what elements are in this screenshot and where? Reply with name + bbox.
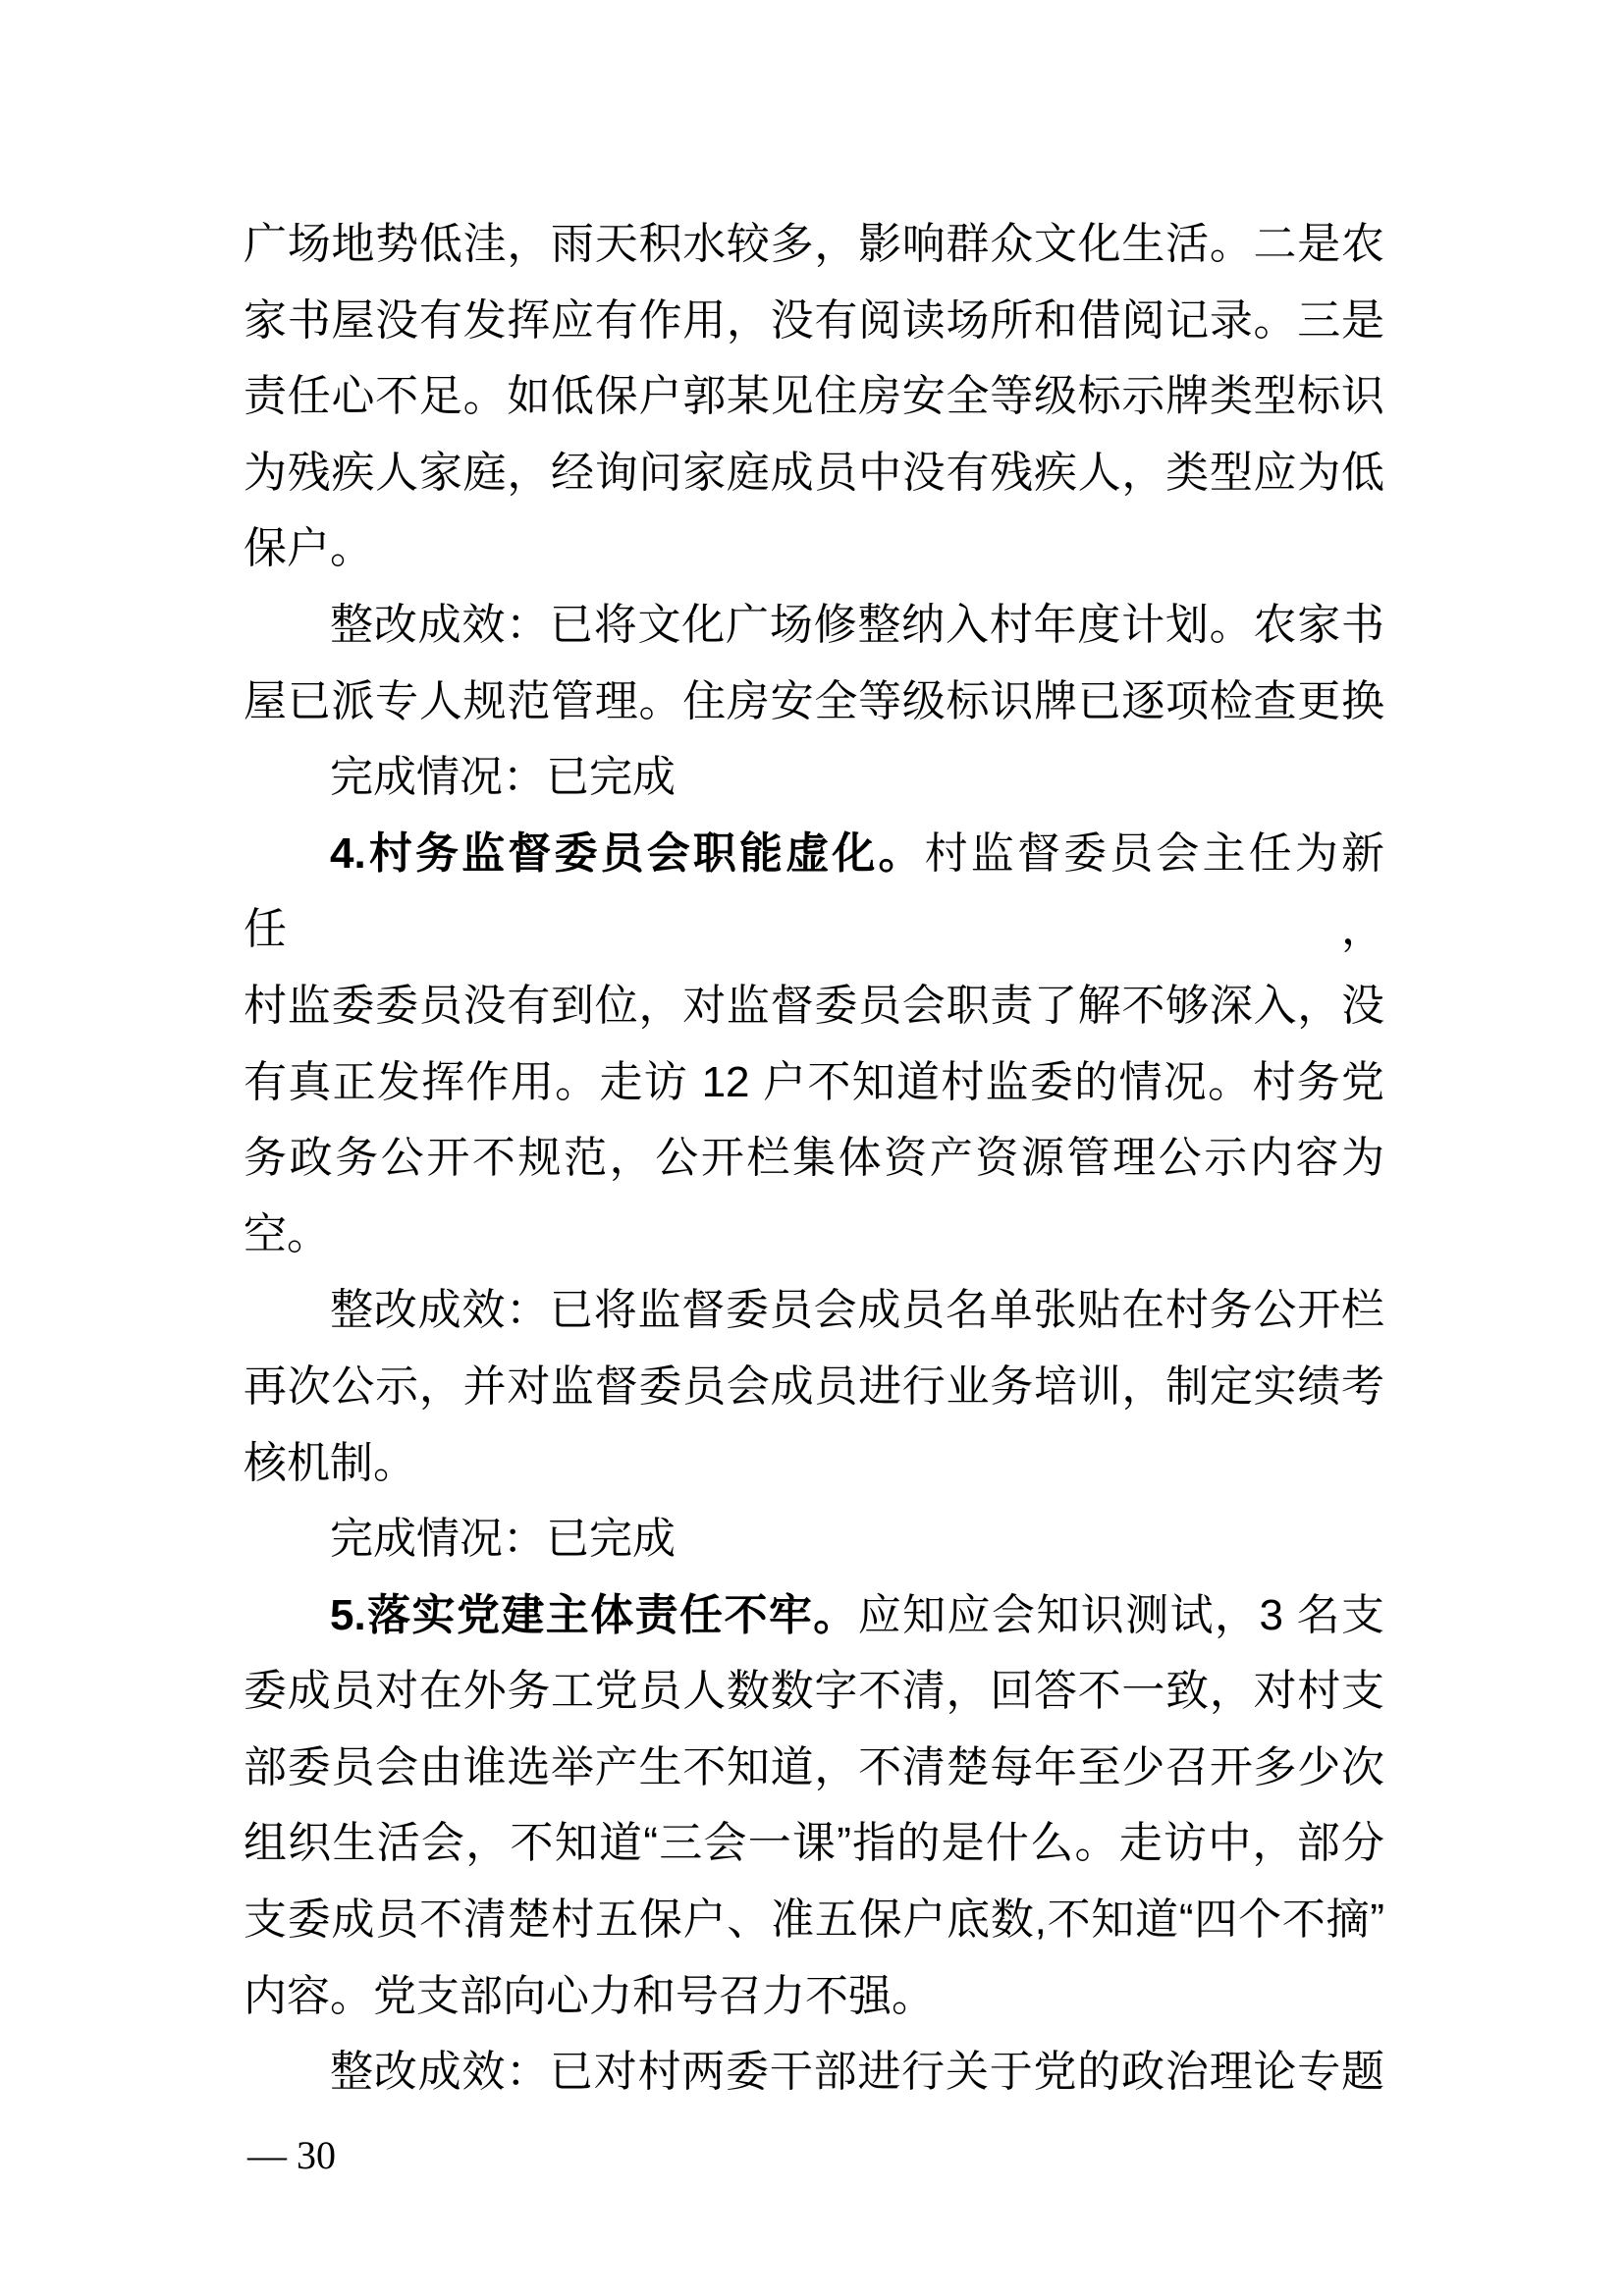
text-line: 广场地势低洼，雨天积水较多，影响群众文化生活。二是农: [244, 206, 1384, 283]
document-page: 广场地势低洼，雨天积水较多，影响群众文化生活。二是农 家书屋没有发挥应有作用，没…: [0, 0, 1624, 2296]
section-5-lead-text: 应知应会知识测试，3 名支: [858, 1591, 1384, 1639]
text-line: 为残疾人家庭，经询问家庭成员中没有残疾人，类型应为低: [244, 435, 1384, 511]
text-line: 整改成效：已将监督委员会成员名单张贴在村务公开栏: [244, 1272, 1384, 1349]
text-line: 保户。: [244, 510, 1384, 587]
text-line: 组织生活会，不知道“三会一课”指的是什么。走访中，部分: [244, 1805, 1384, 1882]
text-line: 核机制。: [244, 1425, 1384, 1502]
text-line: 整改成效：已对村两委干部进行关于党的政治理论专题: [244, 2034, 1384, 2110]
page-number: — 30: [247, 2134, 336, 2177]
document-body: 广场地势低洼，雨天积水较多，影响群众文化生活。二是农 家书屋没有发挥应有作用，没…: [244, 206, 1384, 2110]
text-line: 家书屋没有发挥应有作用，没有阅读场所和借阅记录。三是: [244, 283, 1384, 359]
text-line: 4.村务监督委员会职能虚化。村监督委员会主任为新任，: [244, 816, 1384, 968]
text-line: 村监委委员没有到位，对监督委员会职责了解不够深入，没: [244, 968, 1384, 1044]
text-line: 委成员对在外务工党员人数数字不清，回答不一致，对村支: [244, 1653, 1384, 1730]
section-5-heading: 5.落实党建主体责任不牢。: [330, 1591, 858, 1639]
text-line: 责任心不足。如低保户郭某见住房安全等级标示牌类型标识: [244, 358, 1384, 435]
text-line: 务政务公开不规范，公开栏集体资产资源管理公示内容为: [244, 1120, 1384, 1197]
text-line: 屋已派专人规范管理。住房安全等级标识牌已逐项检查更换: [244, 664, 1384, 740]
text-line: 部委员会由谁选举产生不知道，不清楚每年至少召开多少次: [244, 1730, 1384, 1806]
text-line: 内容。党支部向心力和号召力不强。: [244, 1958, 1384, 2035]
text-line: 空。: [244, 1197, 1384, 1273]
text-line: 再次公示，并对监督委员会成员进行业务培训，制定实绩考: [244, 1349, 1384, 1425]
text-line: 完成情况：已完成: [244, 739, 1384, 816]
text-line: 整改成效：已将文化广场修整纳入村年度计划。农家书: [244, 587, 1384, 664]
text-line: 完成情况：已完成: [244, 1501, 1384, 1577]
section-4-heading: 4.村务监督委员会职能虚化。: [330, 829, 925, 878]
text-line: 支委成员不清楚村五保户、准五保户底数,不知道“四个不摘”: [244, 1882, 1384, 1958]
text-line: 5.落实党建主体责任不牢。应知应会知识测试，3 名支: [244, 1577, 1384, 1654]
text-line: 有真正发挥作用。走访 12 户不知道村监委的情况。村务党: [244, 1044, 1384, 1121]
